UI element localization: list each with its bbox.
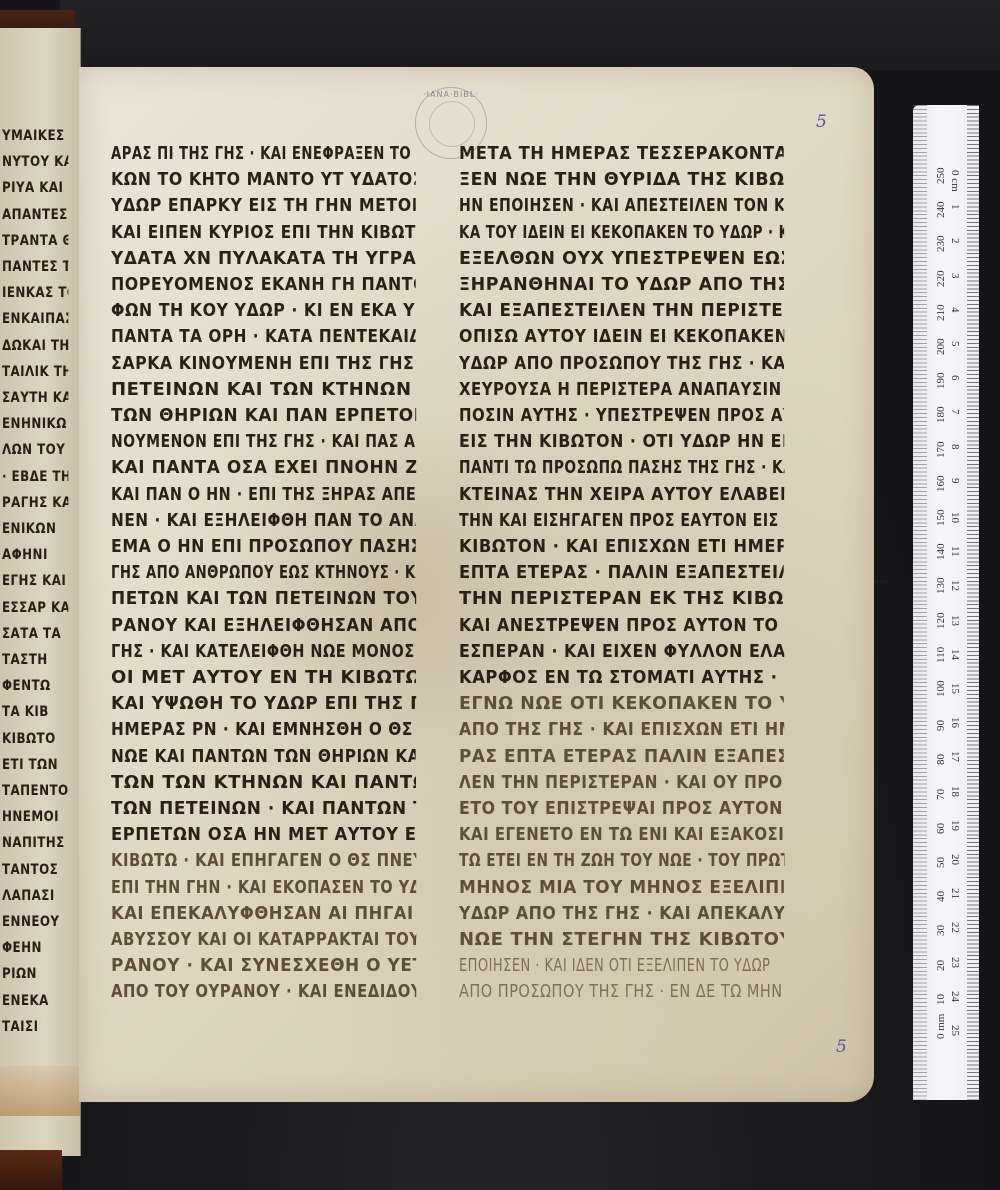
manuscript-line: ΕΜΑ Ο ΗΝ ΕΠΙ ΠΡΟΣΩΠΟΥ ΠΑΣΗΣ ΤΗΣ — [111, 535, 416, 559]
cloth-backdrop — [60, 0, 1000, 70]
manuscript-line: ΟΙ ΜΕΤ ΑΥΤΟΥ ΕΝ ΤΗ ΚΙΒΩΤΩ — [111, 666, 416, 690]
manuscript-line: ΤΩ ΕΤΕΙ ΕΝ ΤΗ ΖΩΗ ΤΟΥ ΝΩΕ · ΤΟΥ ΠΡΩΤΟΥ — [459, 849, 784, 873]
cm-label: 24 — [949, 991, 961, 1002]
mm-label: 160 — [935, 475, 947, 492]
mm-ticks — [913, 105, 927, 1100]
manuscript-line: ΚΩΝ ΤΟ ΚΗΤΟ ΜΑΝΤΟ ΥΤ ΥΔΑΤΟΣ ΥΜΝ — [111, 168, 416, 192]
previous-leaf-line: ΕΓΗΣ ΚΑΙ — [2, 573, 68, 589]
manuscript-line: ΛΕΝ ΤΗΝ ΠΕΡΙΣΤΕΡΑΝ · ΚΑΙ ΟΥ ΠΡΟΣΕΘ — [459, 771, 784, 795]
mm-label: 190 — [935, 373, 947, 390]
mm-label: 250 — [935, 168, 947, 185]
previous-leaf-line: ΥΜΑΙΚΕΣ ΤΩΝ — [2, 128, 68, 144]
manuscript-line: ΡΑΝΟΥ · ΚΑΙ ΣΥΝΕΣΧΕΘΗ Ο ΥΕΤΟΣ — [111, 954, 416, 978]
previous-leaf-line: ΛΩΝ ΤΟΥ ΤΟ — [2, 442, 68, 458]
manuscript-line: ΤΩΝ ΘΗΡΙΩΝ ΚΑΙ ΠΑΝ ΕΡΠΕΤΟΝ ΚΙ — [111, 404, 416, 428]
previous-leaf-line: ΑΦΗΝΙ — [2, 547, 68, 563]
previous-leaf-line: ΙΕΝΚΑΣ ΤΟ — [2, 285, 68, 301]
previous-leaf-line: ΤΑ ΚΙΒ — [2, 704, 68, 720]
mm-label: 230 — [935, 236, 947, 253]
previous-leaf: ΥΜΑΙΚΕΣ ΤΩΝΝΥΤΟΥ ΚΑΙ ΤΑΡΙΥΑ ΚΑΙ ΠΑΝΑΠΑΝΤ… — [0, 28, 81, 1156]
mm-label: 40 — [935, 891, 947, 902]
cm-label: 23 — [949, 957, 961, 968]
mm-label: 60 — [935, 823, 947, 834]
cm-label: 8 — [949, 444, 961, 450]
manuscript-line: ΚΑΡΦΟΣ ΕΝ ΤΩ ΣΤΟΜΑΤΙ ΑΥΤΗΣ · ΚΑΙ — [459, 666, 784, 690]
cm-label: 11 — [949, 546, 961, 557]
previous-leaf-line: ΤΑΝΤΟΣ — [2, 862, 68, 878]
manuscript-line: ΝΕΝ · ΚΑΙ ΕΞΗΛΕΙΦΘΗ ΠΑΝ ΤΟ ΑΝΑΣΤ — [111, 509, 416, 533]
manuscript-line: ΠΕΤΕΙΝΩΝ ΚΑΙ ΤΩΝ ΚΤΗΝΩΝ ΚΑΙ — [111, 378, 416, 402]
manuscript-line: ΕΣΠΕΡΑΝ · ΚΑΙ ΕΙΧΕΝ ΦΥΛΛΟΝ ΕΛΑΙΑΣ — [459, 640, 784, 664]
cm-label: 25 — [949, 1025, 961, 1036]
cm-label: 22 — [949, 922, 961, 933]
manuscript-line: ΝΟΥΜΕΝΟΝ ΕΠΙ ΤΗΣ ΓΗΣ · ΚΑΙ ΠΑΣ ΑΝΘΡ — [111, 430, 416, 454]
manuscript-line: ΟΠΙΣΩ ΑΥΤΟΥ ΙΔΕΙΝ ΕΙ ΚΕΚΟΠΑΚΕΝ ΤΟ — [459, 325, 784, 349]
mm-label: 80 — [935, 754, 947, 765]
manuscript-line: ΕΞΕΛΘΩΝ ΟΥΧ ΥΠΕΣΤΡΕΨΕΝ ΕΩΣ ΤΟΥ — [459, 247, 784, 271]
previous-leaf-line: ΝΑΠΙΤΗΣ — [2, 835, 68, 851]
mm-label: 210 — [935, 304, 947, 321]
manuscript-line: ΚΑΙ ΕΓΕΝΕΤΟ ΕΝ ΤΩ ΕΝΙ ΚΑΙ ΕΞΑΚΟΣΙΟΣ — [459, 823, 784, 847]
previous-leaf-line: ΤΑΣΤΗ — [2, 652, 68, 668]
cm-label: 5 — [949, 341, 961, 347]
manuscript-line: ΑΠΟ ΤΟΥ ΟΥΡΑΝΟΥ · ΚΑΙ ΕΝΕΔΙΔΟΥ ΤΟ — [111, 980, 416, 1004]
mm-label: 220 — [935, 270, 947, 287]
previous-leaf-line: ΔΩΚΑΙ ΤΗΣ — [2, 338, 68, 354]
previous-leaf-line: ΡΙΩΝ — [2, 966, 68, 982]
cm-label: 7 — [949, 409, 961, 415]
manuscript-line: ΠΟΡΕΥΟΜΕΝΟΣ ΕΚΑΝΗ ΓΗ ΠΑΝΤΟΣ ΤΟΥ — [111, 273, 416, 297]
previous-leaf-line: ΤΑΙΣΙ — [2, 1019, 68, 1035]
previous-leaf-line: ΠΑΝΤΕΣ ΤΟ — [2, 259, 68, 275]
page-edge-notch — [874, 580, 888, 583]
manuscript-line: ΠΑΝΤΑ ΤΑ ΟΡΗ · ΚΑΤΑ ΠΕΝΤΕΚΑΙΔΕΚΑ — [111, 325, 416, 349]
manuscript-line: ΕΠΟΙΗΣΕΝ · ΚΑΙ ΙΔΕΝ ΟΤΙ ΕΞΕΛΙΠΕΝ ΤΟ ΥΔΩΡ — [459, 954, 784, 978]
cm-label: 10 — [949, 512, 961, 523]
manuscript-line: ΑΡΑΣ ΠΙ ΤΗΣ ΓΗΣ · ΚΑΙ ΕΝΕΦΡΑΞΕΝ ΤΟ ΜΗ — [111, 142, 416, 166]
cm-ticks — [967, 105, 979, 1100]
manuscript-line: ΚΙΒΩΤΩ · ΚΑΙ ΕΠΗΓΑΓΕΝ Ο ΘΣ ΠΝΕΥΜΑ — [111, 849, 416, 873]
manuscript-line: ΦΩΝ ΤΗ ΚΟΥ ΥΔΩΡ · ΚΙ ΕΝ ΕΚΑ ΥΨΩ — [111, 299, 416, 323]
mm-label: 110 — [935, 647, 947, 663]
manuscript-line: ΞΕΝ ΝΩΕ ΤΗΝ ΘΥΡΙΔΑ ΤΗΣ ΚΙΒΩΤΟΥ — [459, 168, 784, 192]
previous-leaf-line: ΡΑΓΗΣ ΚΑΙ — [2, 495, 68, 511]
mm-label: 50 — [935, 857, 947, 868]
previous-leaf-line: ΚΙΒΩΤΟ — [2, 731, 68, 747]
manuscript-line: ΧΕΥΡΟΥΣΑ Η ΠΕΡΙΣΤΕΡΑ ΑΝΑΠΑΥΣΙΝ ΤΟΙΣ — [459, 378, 784, 402]
manuscript-line: ΕΡΠΕΤΩΝ ΟΣΑ ΗΝ ΜΕΤ ΑΥΤΟΥ ΕΝ ΤΗ — [111, 823, 416, 847]
manuscript-line: ΕΙΣ ΤΗΝ ΚΙΒΩΤΟΝ · ΟΤΙ ΥΔΩΡ ΗΝ ΕΠΙ — [459, 430, 784, 454]
previous-leaf-line: ΕΝΙΚΩΝ — [2, 521, 68, 537]
mm-label: 150 — [935, 510, 947, 527]
manuscript-line: ΕΓΝΩ ΝΩΕ ΟΤΙ ΚΕΚΟΠΑΚΕΝ ΤΟ ΥΔΩΡ — [459, 692, 784, 716]
manuscript-line: ΚΑΙ ΕΙΠΕΝ ΚΥΡΙΟΣ ΕΠΙ ΤΗΝ ΚΙΒΩΤΟΝ — [111, 221, 416, 245]
previous-leaf-line: ΕΤΙ ΤΩΝ — [2, 757, 68, 773]
cm-label: 15 — [949, 683, 961, 694]
stamp-text: ·IANA·BIBL· — [416, 90, 486, 99]
cm-label: 19 — [949, 820, 961, 831]
mm-label: 70 — [935, 789, 947, 800]
cm-label: 3 — [949, 273, 961, 279]
previous-leaf-line: ΗΝΕΜΟΙ — [2, 809, 68, 825]
manuscript-folio: ·IANA·BIBL· 5 5 ΑΡΑΣ ΠΙ ΤΗΣ ΓΗΣ · ΚΑΙ ΕΝ… — [79, 67, 874, 1102]
manuscript-line: ΚΑΙ ΠΑΝΤΑ ΟΣΑ ΕΧΕΙ ΠΝΟΗΝ ΖΩΗΣ — [111, 456, 416, 480]
manuscript-line: ΤΗΝ ΠΕΡΙΣΤΕΡΑΝ ΕΚ ΤΗΣ ΚΙΒΩΤΟΥ — [459, 587, 784, 611]
previous-leaf-line: ΕΝΚΑΙΠΑΣ — [2, 311, 68, 327]
manuscript-line: ΓΗΣ · ΚΑΙ ΚΑΤΕΛΕΙΦΘΗ ΝΩΕ ΜΟΝΟΣ ΚΑΙ — [111, 640, 416, 664]
manuscript-line: ΥΔΩΡ ΕΠΑΡΚΥ ΕΙΣ ΤΗ ΓΗΝ ΜΕΤΟΠΡΟΣ — [111, 194, 416, 218]
mm-label: 90 — [935, 720, 947, 731]
manuscript-line: ΑΒΥΣΣΟΥ ΚΑΙ ΟΙ ΚΑΤΑΡΡΑΚΤΑΙ ΤΟΥ ΟΥ — [111, 928, 416, 952]
manuscript-line: ΠΕΤΩΝ ΚΑΙ ΤΩΝ ΠΕΤΕΙΝΩΝ ΤΟΥ ΟΥ — [111, 587, 416, 611]
manuscript-line: ΤΩΝ ΠΕΤΕΙΝΩΝ · ΚΑΙ ΠΑΝΤΩΝ ΤΩΝ — [111, 797, 416, 821]
previous-leaf-line: ΕΝΗΝΙΚΩ — [2, 416, 68, 432]
previous-leaf-line: ΡΙΥΑ ΚΑΙ ΠΑΝ — [2, 180, 68, 196]
previous-leaf-line: ΦΕΝΤΩ — [2, 678, 68, 694]
manuscript-line: ΕΠΙ ΤΗΝ ΓΗΝ · ΚΑΙ ΕΚΟΠΑΣΕΝ ΤΟ ΥΔΩΡ — [111, 876, 416, 900]
manuscript-line: ΚΑΙ ΥΨΩΘΗ ΤΟ ΥΔΩΡ ΕΠΙ ΤΗΣ ΓΗΣ — [111, 692, 416, 716]
cm-label: 20 — [949, 854, 961, 865]
manuscript-line: ΠΟΣΙΝ ΑΥΤΗΣ · ΥΠΕΣΤΡΕΨΕΝ ΠΡΟΣ ΑΥΤΟΝ — [459, 404, 784, 428]
previous-leaf-line: ΦΕΗΝ — [2, 940, 68, 956]
manuscript-line: ΡΑΝΟΥ ΚΑΙ ΕΞΗΛΕΙΦΘΗΣΑΝ ΑΠΟ ΤΗΣ — [111, 614, 416, 638]
folio-number-bottom: 5 — [836, 1037, 847, 1057]
manuscript-line: ΜΕΤΑ ΤΗ ΗΜΕΡΑΣ ΤΕΣΣΕΡΑΚΟΝΤΑ ΗΝΕΩ — [459, 142, 784, 166]
manuscript-line: ΗΝ ΕΠΟΙΗΣΕΝ · ΚΑΙ ΑΠΕΣΤΕΙΛΕΝ ΤΟΝ ΚΟΡΑ — [459, 194, 784, 218]
previous-leaf-line: ΤΑΙΛΙΚ ΤΗ — [2, 364, 68, 380]
cm-label: 2 — [949, 238, 961, 244]
manuscript-line: ΕΤΟ ΤΟΥ ΕΠΙΣΤΡΕΨΑΙ ΠΡΟΣ ΑΥΤΟΝ ΕΤΙ — [459, 797, 784, 821]
mm-label: 240 — [935, 202, 947, 219]
cm-label: 6 — [949, 375, 961, 381]
manuscript-line: ΚΑΙ ΕΠΕΚΑΛΥΦΘΗΣΑΝ ΑΙ ΠΗΓΑΙ ΤΗΣ — [111, 902, 416, 926]
manuscript-line: ΣΑΡΚΑ ΚΙΝΟΥΜΕΝΗ ΕΠΙ ΤΗΣ ΓΗΣ ΤΩΝ — [111, 352, 416, 376]
manuscript-line: ΚΙΒΩΤΟΝ · ΚΑΙ ΕΠΙΣΧΩΝ ΕΤΙ ΗΜΕΡΑΣ — [459, 535, 784, 559]
mm-label: 20 — [935, 960, 947, 971]
manuscript-line: ΝΩΕ ΚΑΙ ΠΑΝΤΩΝ ΤΩΝ ΘΗΡΙΩΝ ΚΑΙ ΠΑ — [111, 745, 416, 769]
cm-label: 16 — [949, 717, 961, 728]
mm-label: 140 — [935, 544, 947, 561]
mm-label: 180 — [935, 407, 947, 424]
manuscript-line: ΥΔΑΤΑ ΧΝ ΠΥΛΑΚΑΤΑ ΤΗ ΥΓΡΑΣ ΤΗ — [111, 247, 416, 271]
manuscript-line: ΚΑΙ ΠΑΝ Ο ΗΝ · ΕΠΙ ΤΗΣ ΞΗΡΑΣ ΑΠΕΘΑ — [111, 483, 416, 507]
manuscript-line: ΞΗΡΑΝΘΗΝΑΙ ΤΟ ΥΔΩΡ ΑΠΟ ΤΗΣ ΓΗΣ — [459, 273, 784, 297]
cm-label: 13 — [949, 615, 961, 626]
cm-label: 0 cm — [949, 170, 961, 192]
manuscript-line: ΑΠΟ ΠΡΟΣΩΠΟΥ ΤΗΣ ΓΗΣ · ΕΝ ΔΕ ΤΩ ΜΗΝΙ — [459, 980, 784, 1004]
previous-leaf-line: ΝΥΤΟΥ ΚΑΙ ΤΑ — [2, 154, 68, 170]
manuscript-line: ΗΜΕΡΑΣ ΡΝ · ΚΑΙ ΕΜΝΗΣΘΗ Ο ΘΣ ΤΟΥ — [111, 718, 416, 742]
manuscript-line: ΤΩΝ ΤΩΝ ΚΤΗΝΩΝ ΚΑΙ ΠΑΝΤΩΝ — [111, 771, 416, 795]
mm-label: 120 — [935, 612, 947, 629]
previous-leaf-line: ΤΑΠΕΝΤΟ — [2, 783, 68, 799]
previous-leaf-line: ΛΑΠΑΣΙ — [2, 888, 68, 904]
cm-label: 17 — [949, 751, 961, 762]
stamp-crest-icon — [429, 101, 475, 147]
manuscript-line: ΜΗΝΟΣ ΜΙΑ ΤΟΥ ΜΗΝΟΣ ΕΞΕΛΙΠΕΝ ΤΟ — [459, 876, 784, 900]
previous-leaf-line: ΕΝΕΚΑ — [2, 993, 68, 1009]
manuscript-line: ΡΑΣ ΕΠΤΑ ΕΤΕΡΑΣ ΠΑΛΙΝ ΕΞΑΠΕΣΤΕΙ — [459, 745, 784, 769]
previous-leaf-line: ΤΡΑΝΤΑ ΘΗΡ — [2, 233, 68, 249]
previous-leaf-line: ΕΝΝΕΟΥ — [2, 914, 68, 930]
cm-label: 21 — [949, 888, 961, 899]
previous-leaf-line: ΕΣΣΑΡ ΚΑ — [2, 600, 68, 616]
manuscript-line: ΥΔΩΡ ΑΠΟ ΠΡΟΣΩΠΟΥ ΤΗΣ ΓΗΣ · ΚΑΙ ΟΥ — [459, 352, 784, 376]
measurement-scale: 0 cm123456789101112131415161718192021222… — [913, 105, 979, 1100]
manuscript-line: ΓΗΣ ΑΠΟ ΑΝΘΡΩΠΟΥ ΕΩΣ ΚΤΗΝΟΥΣ · ΚΑΙ ΕΡ — [111, 561, 416, 585]
previous-leaf-line: ΑΠΑΝΤΕΣ ΤΟ — [2, 207, 68, 223]
cm-label: 14 — [949, 649, 961, 660]
mm-label: 30 — [935, 925, 947, 936]
manuscript-line: ΚΤΕΙΝΑΣ ΤΗΝ ΧΕΙΡΑ ΑΥΤΟΥ ΕΛΑΒΕΝ ΑΥ — [459, 483, 784, 507]
mm-label: 100 — [935, 681, 947, 698]
previous-leaf-line: · ΕΒΔΕ ΤΗΣ — [2, 469, 68, 485]
manuscript-line: ΝΩΕ ΤΗΝ ΣΤΕΓΗΝ ΤΗΣ ΚΙΒΩΤΟΥ ΗΝ — [459, 928, 784, 952]
folio-number-top: 5 — [816, 112, 827, 132]
manuscript-line: ΤΗΝ ΚΑΙ ΕΙΣΗΓΑΓΕΝ ΠΡΟΣ ΕΑΥΤΟΝ ΕΙΣ ΤΗΝ — [459, 509, 784, 533]
cm-label: 4 — [949, 307, 961, 313]
cm-label: 12 — [949, 580, 961, 591]
cm-label: 18 — [949, 786, 961, 797]
water-stain — [0, 1066, 80, 1116]
mm-label: 170 — [935, 441, 947, 458]
manuscript-line: ΚΑ ΤΟΥ ΙΔΕΙΝ ΕΙ ΚΕΚΟΠΑΚΕΝ ΤΟ ΥΔΩΡ · ΚΑΙ — [459, 221, 784, 245]
mm-label: 0 mm — [935, 1014, 947, 1039]
cm-label: 1 — [949, 204, 961, 210]
manuscript-line: ΥΔΩΡ ΑΠΟ ΤΗΣ ΓΗΣ · ΚΑΙ ΑΠΕΚΑΛΥΨΕΝ — [459, 902, 784, 926]
manuscript-line: ΕΠΤΑ ΕΤΕΡΑΣ · ΠΑΛΙΝ ΕΞΑΠΕΣΤΕΙΛΕΝ — [459, 561, 784, 585]
binding-edge-bottom — [0, 1150, 62, 1190]
mm-label: 200 — [935, 339, 947, 356]
manuscript-line: ΠΑΝΤΙ ΤΩ ΠΡΟΣΩΠΩ ΠΑΣΗΣ ΤΗΣ ΓΗΣ · ΚΑΙ Ε — [459, 456, 784, 480]
manuscript-line: ΑΠΟ ΤΗΣ ΓΗΣ · ΚΑΙ ΕΠΙΣΧΩΝ ΕΤΙ ΗΜΕ — [459, 718, 784, 742]
previous-leaf-line: ΣΑΥΤΗ ΚΑΙ — [2, 390, 68, 406]
manuscript-line: ΚΑΙ ΕΞΑΠΕΣΤΕΙΛΕΝ ΤΗΝ ΠΕΡΙΣΤΕΡΑΝ — [459, 299, 784, 323]
cm-label: 9 — [949, 478, 961, 484]
mm-label: 10 — [935, 994, 947, 1005]
previous-leaf-line: ΣΑΤΑ ΤΑ — [2, 626, 68, 642]
mm-label: 130 — [935, 578, 947, 595]
manuscript-line: ΚΑΙ ΑΝΕΣΤΡΕΨΕΝ ΠΡΟΣ ΑΥΤΟΝ ΤΟ ΠΡΟΣ — [459, 614, 784, 638]
